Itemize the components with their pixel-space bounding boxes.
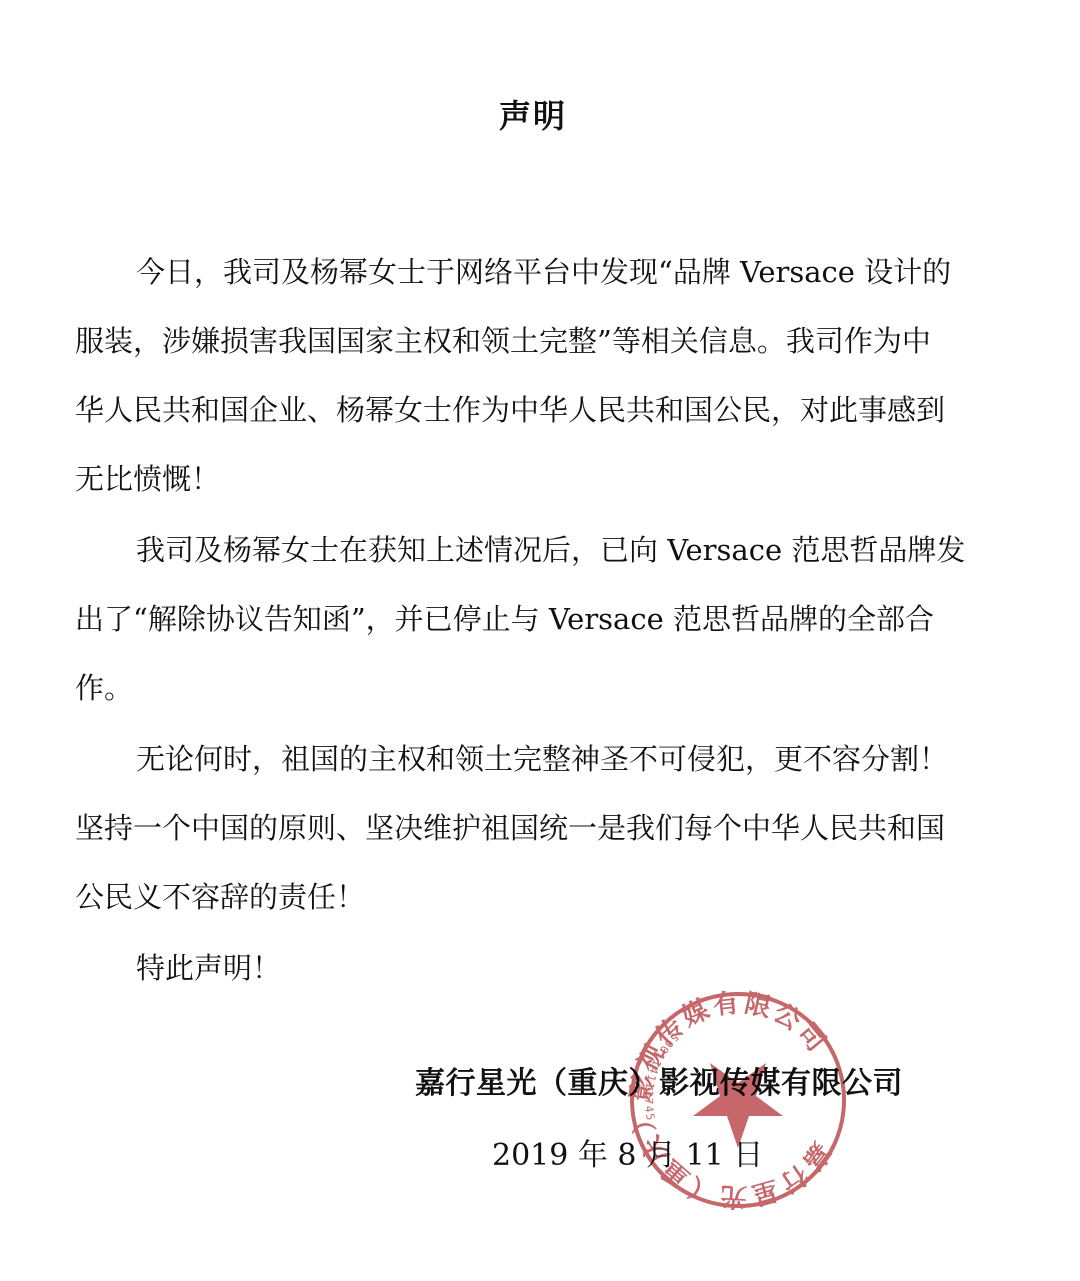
paragraph-closing: 特此声明！ (75, 934, 995, 1003)
paragraph-3: 无论何时，祖国的主权和领土完整神圣不可侵犯，更不容分割！ 坚持一个中国的原则、坚… (75, 725, 995, 932)
text-line: 坚持一个中国的原则、坚决维护祖国统一是我们每个中华人民共和国 (75, 794, 995, 863)
paragraph-2: 我司及杨幂女士在获知上述情况后，已向 Versace 范思哲品牌发 出了“解除协… (75, 516, 995, 723)
text-line: 特此声明！ (75, 934, 995, 1003)
text-line: 今日，我司及杨幂女士于网络平台中发现“品牌 Versace 设计的 (75, 238, 995, 307)
text-line: 无论何时，祖国的主权和领土完整神圣不可侵犯，更不容分割！ (75, 725, 995, 794)
text-line: 无比愤慨！ (75, 445, 995, 514)
statement-body: 今日，我司及杨幂女士于网络平台中发现“品牌 Versace 设计的 服装，涉嫌损… (75, 238, 995, 1003)
text-line: 我司及杨幂女士在获知上述情况后，已向 Versace 范思哲品牌发 (75, 516, 995, 585)
page-title: 声明 (0, 96, 1066, 136)
text-line: 公民义不容辞的责任！ (75, 863, 995, 932)
text-line: 作。 (75, 654, 995, 723)
text-line: 华人民共和国企业、杨幂女士作为中华人民共和国公民，对此事感到 (75, 376, 995, 445)
paragraph-1: 今日，我司及杨幂女士于网络平台中发现“品牌 Versace 设计的 服装，涉嫌损… (75, 238, 995, 514)
text-line: 服装，涉嫌损害我国国家主权和领土完整”等相关信息。我司作为中 (75, 307, 995, 376)
star-icon (693, 1063, 783, 1148)
statement-page: 声明 今日，我司及杨幂女士于网络平台中发现“品牌 Versace 设计的 服装，… (0, 0, 1080, 1281)
company-seal: 嘉行星光（重庆）影视传媒有限公司 500114111745 (626, 988, 850, 1212)
text-line: 出了“解除协议告知函”，并已停止与 Versace 范思哲品牌的全部合 (75, 585, 995, 654)
